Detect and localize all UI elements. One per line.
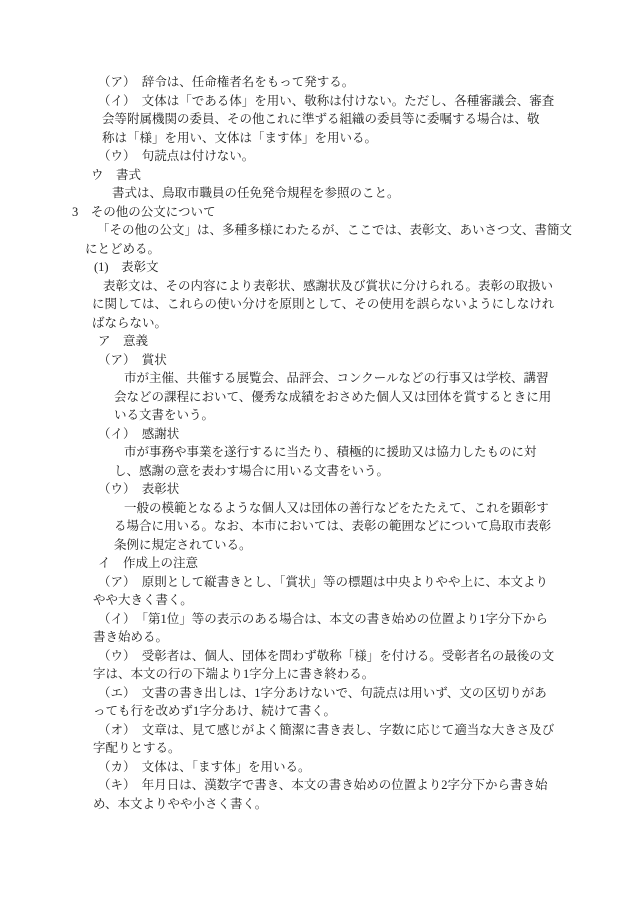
document-line: （ア） 原則として縦書きとし、「賞状」等の標題は中央よりやや上に、本文より: [72, 573, 572, 592]
document-line: る場合に用いる。なお、本市においては、表彰の範囲などについて鳥取市表彰: [72, 517, 572, 536]
document-line: （カ） 文体は、「ます体」を用いる。: [72, 758, 572, 777]
document-line: (1) 表彰文: [72, 258, 572, 277]
document-line: 会などの課程において、優秀な成績をおさめた個人又は団体を賞するときに用: [72, 388, 572, 407]
document-line: （エ） 文書の書き出しは、1字分あけないで、句読点は用いず、文の区切りがあ: [72, 684, 572, 703]
document-line: （ウ） 表彰状: [72, 480, 572, 499]
document-line: っても行を改めず1字分あけ、続けて書く。: [72, 702, 572, 721]
document-line: 会等附属機関の委員、その他これに準ずる組織の委員等に委嘱する場合は、敬: [72, 110, 572, 129]
document-line: （イ） 文体は「である体」を用い、敬称は付けない。ただし、各種審議会、審査: [72, 92, 572, 111]
document-line: （ウ） 句読点は付けない。: [72, 147, 572, 166]
document-line: にとどめる。: [72, 240, 572, 259]
document-line: （ア） 賞状: [72, 351, 572, 370]
document-line: （イ） 「第1位」等の表示のある場合は、本文の書き始めの位置より1字分下から: [72, 610, 572, 629]
document-line: 表彰文は、その内容により表彰状、感謝状及び賞状に分けられる。表彰の取扱い: [72, 277, 572, 296]
document-line: （ア） 辞令は、任命権者名をもって発する。: [72, 73, 572, 92]
document-line: やや大きく書く。: [72, 591, 572, 610]
document-line: 一般の模範となるような個人又は団体の善行などをたたえて、これを顕彰す: [72, 499, 572, 518]
document-line: ウ 書式: [72, 166, 572, 185]
document-line: イ 作成上の注意: [72, 554, 572, 573]
document-line: 市が事務や事業を遂行するに当たり、積極的に援助又は協力したものに対: [72, 443, 572, 462]
document-line: 書き始める。: [72, 628, 572, 647]
document-line: に関しては、これらの使い分けを原則として、その使用を誤らないようにしなけれ: [72, 295, 572, 314]
document-line: 条例に規定されている。: [72, 536, 572, 555]
document-line: 字は、本文の行の下端より1字分上に書き終わる。: [72, 665, 572, 684]
document-body: （ア） 辞令は、任命権者名をもって発する。（イ） 文体は「である体」を用い、敬称…: [72, 73, 572, 813]
document-line: 3 その他の公文について: [72, 203, 572, 222]
document-line: （キ） 年月日は、漢数字で書き、本文の書き始めの位置より2字分下から書き始: [72, 776, 572, 795]
document-line: （ウ） 受彰者は、個人、団体を問わず敬称「様」を付ける。受彰者名の最後の文: [72, 647, 572, 666]
document-line: ばならない。: [72, 314, 572, 333]
document-page: （ア） 辞令は、任命権者名をもって発する。（イ） 文体は「である体」を用い、敬称…: [0, 0, 630, 903]
document-line: 市が主催、共催する展覧会、品評会、コンクールなどの行事又は学校、講習: [72, 369, 572, 388]
document-line: 字配りとする。: [72, 739, 572, 758]
document-line: いる文書をいう。: [72, 406, 572, 425]
document-line: 書式は、鳥取市職員の任免発令規程を参照のこと。: [72, 184, 572, 203]
document-line: 「その他の公文」は、多種多様にわたるが、ここでは、表彰文、あいさつ文、書簡文: [72, 221, 572, 240]
document-line: め、本文よりやや小さく書く。: [72, 795, 572, 814]
document-line: （イ） 感謝状: [72, 425, 572, 444]
document-line: （オ） 文章は、見て感じがよく簡潔に書き表し、字数に応じて適当な大きさ及び: [72, 721, 572, 740]
document-line: ア 意義: [72, 332, 572, 351]
document-line: し、感謝の意を表わす場合に用いる文書をいう。: [72, 462, 572, 481]
document-line: 称は「様」を用い、文体は「ます体」を用いる。: [72, 129, 572, 148]
